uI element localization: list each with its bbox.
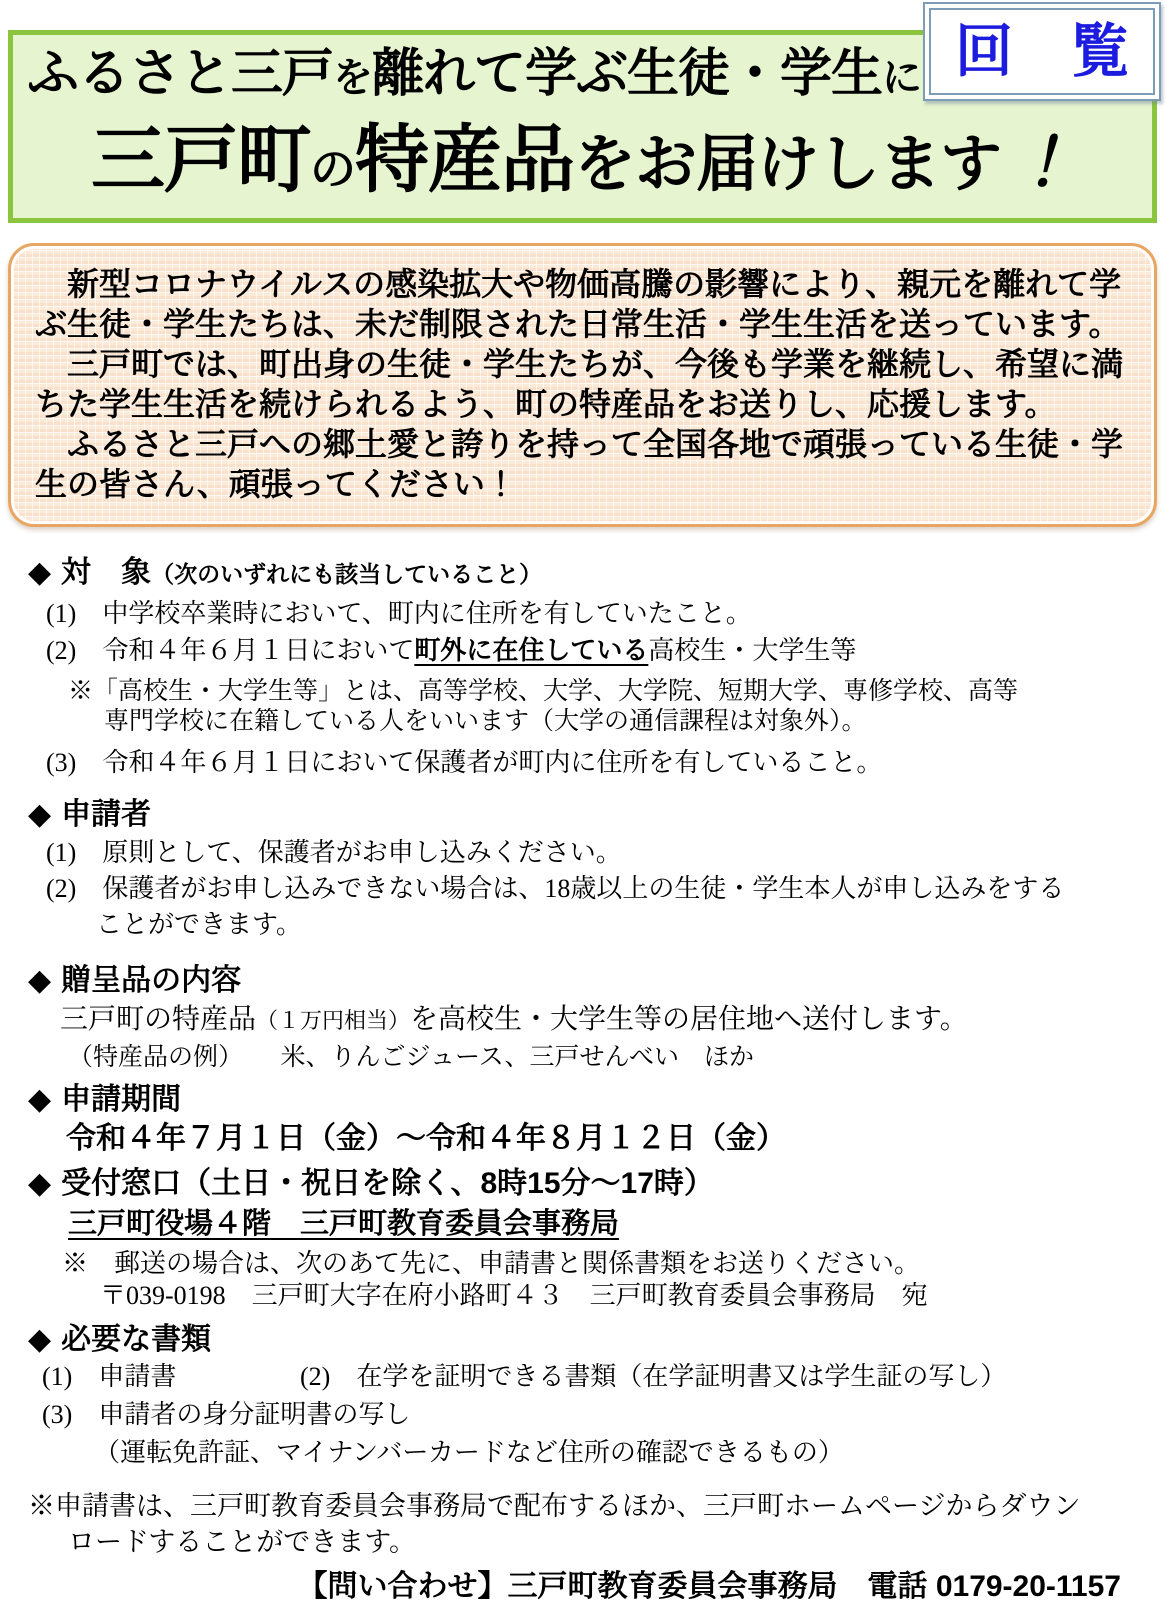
period-dates: 令和４年７月１日（金）～令和４年８月１２日（金） xyxy=(66,1120,1147,1158)
title-line2-products: 特産品 xyxy=(355,118,574,201)
section-target-heading: ◆対 象（次のいずれにも該当していること） xyxy=(28,555,1147,592)
kairan-badge: 回 覧 xyxy=(923,2,1161,101)
section-window: ◆受付窓口（土日・祝日を除く、8時15分～17時） 三戸町役場４階 三戸町教育委… xyxy=(28,1166,1147,1312)
download-note-line2: ロードすることができます。 xyxy=(68,1524,1147,1560)
target-item-1: (1) 中学校卒業時において、町内に住所を有していたこと。 xyxy=(46,596,1147,632)
documents-item-3: (3) 申請者の身分証明書の写し xyxy=(42,1396,1147,1434)
title-exclamation: ！ xyxy=(1009,127,1074,200)
window-mail-note: ※ 郵送の場合は、次のあて先に、申請書と関係書類をお送りください。 xyxy=(62,1248,1147,1280)
diamond-bullet-icon: ◆ xyxy=(28,964,51,997)
target-item-3: (3) 令和４年６月１日において保護者が町内に住所を有していること。 xyxy=(46,745,1147,781)
gift-description: 三戸町の特産品（１万円相当）を高校生・大学生等の居住地へ送付します。 xyxy=(60,1001,1147,1040)
diamond-bullet-icon: ◆ xyxy=(28,798,51,831)
intro-paragraph-2: 三戸町では、町出身の生徒・学生たちが、今後も学業を継続し、希望に満ちた学生生活を… xyxy=(35,344,1130,424)
section-window-title: 受付窓口（土日・祝日を除く、8時15分～17時） xyxy=(61,1167,714,1200)
flyer-page: 回 覧 ふるさと三戸を離れて学ぶ生徒・学生に 三戸町の特産品をお届けします！ 新… xyxy=(0,0,1167,1608)
applicant-item-2-line1: (2) 保護者がお申し込みできない場合は、18歳以上の生徒・学生本人が申し込みを… xyxy=(46,871,1147,907)
gift-example: （特産品の例） 米、りんごジュース、三戸せんべい ほか xyxy=(68,1044,1147,1072)
gift-desc-value: （１万円相当） xyxy=(256,1008,410,1033)
main-content: ◆対 象（次のいずれにも該当していること） (1) 中学校卒業時において、町内に… xyxy=(0,555,1167,1606)
title-line1-part1: ふるさと三戸 xyxy=(27,45,333,103)
section-target-note: （次のいずれにも該当していること） xyxy=(151,561,542,587)
window-mail-address: 〒039-0198 三戸町大字在府小路町４３ 三戸町教育委員会事務局 宛 xyxy=(100,1280,1147,1312)
title-line2-no: の xyxy=(310,143,355,195)
section-target-title: 対 象 xyxy=(61,556,151,589)
section-period-heading: ◆申請期間 xyxy=(28,1082,1147,1118)
section-period: ◆申請期間 令和４年７月１日（金）～令和４年８月１２日（金） xyxy=(28,1082,1147,1158)
gift-desc-post: を高校生・大学生等の居住地へ送付します。 xyxy=(410,1004,968,1035)
intro-box: 新型コロナウイルスの感染拡大や物価高騰の影響により、親元を離れて学ぶ生徒・学生た… xyxy=(8,243,1157,527)
section-gift-heading: ◆贈呈品の内容 xyxy=(28,963,1147,999)
download-note-line1: ※申請書は、三戸町教育委員会事務局で配布するほか、三戸町ホームページからダウン xyxy=(28,1488,1147,1524)
kairan-badge-label: 回 覧 xyxy=(929,8,1155,95)
download-note: ※申請書は、三戸町教育委員会事務局で配布するほか、三戸町ホームページからダウン … xyxy=(28,1488,1147,1560)
section-target: ◆対 象（次のいずれにも該当していること） (1) 中学校卒業時において、町内に… xyxy=(28,555,1147,781)
intro-paragraph-1: 新型コロナウイルスの感染拡大や物価高騰の影響により、親元を離れて学ぶ生徒・学生た… xyxy=(35,264,1130,344)
gift-desc-pre: 三戸町の特産品 xyxy=(60,1004,256,1035)
window-place: 三戸町役場４階 三戸町教育委員会事務局 xyxy=(68,1206,619,1242)
title-line2-town: 三戸町 xyxy=(91,118,310,201)
contact-footer: 【問い合わせ】三戸町教育委員会事務局 電話 0179-20-1157 xyxy=(28,1568,1147,1606)
target-item2-pre: (2) 令和４年６月１日において xyxy=(46,636,414,665)
section-documents: ◆必要な書類 (1) 申請書(2) 在学を証明できる書類（在学証明書又は学生証の… xyxy=(28,1322,1147,1472)
title-line1-part2: 離れて学ぶ生徒・学生 xyxy=(372,45,882,103)
section-applicant-heading: ◆申請者 xyxy=(28,797,1147,833)
title-line1-particle2: に xyxy=(882,56,921,100)
documents-item-1: (1) 申請書 xyxy=(42,1358,300,1396)
section-applicant-title: 申請者 xyxy=(61,798,151,831)
section-documents-heading: ◆必要な書類 xyxy=(28,1322,1147,1358)
title-line1-particle1: を xyxy=(333,56,372,100)
target-footnote-line1: ※「高校生・大学生等」とは、高等学校、大学、大学院、短期大学、専修学校、高等 xyxy=(68,677,1147,707)
diamond-bullet-icon: ◆ xyxy=(28,556,51,589)
documents-item-2: (2) 在学を証明できる書類（在学証明書又は学生証の写し） xyxy=(300,1362,1006,1391)
section-period-title: 申請期間 xyxy=(61,1083,181,1116)
intro-paragraph-3: ふるさと三戸への郷土愛と誇りを持って全国各地で頑張っている生徒・学生の皆さん、頑… xyxy=(35,424,1130,504)
target-item2-post: 高校生・大学生等 xyxy=(648,636,856,665)
section-applicant: ◆申請者 (1) 原則として、保護者がお申し込みください。 (2) 保護者がお申… xyxy=(28,797,1147,943)
title-line-2: 三戸町の特産品をお届けします！ xyxy=(27,109,1138,206)
diamond-bullet-icon: ◆ xyxy=(28,1167,51,1200)
documents-item-3-detail: （運転免許証、マイナンバーカードなど住所の確認できるもの） xyxy=(94,1434,1147,1472)
section-gift-title: 贈呈品の内容 xyxy=(61,964,241,997)
target-item2-underlined: 町外に在住している xyxy=(414,635,648,665)
documents-row-1: (1) 申請書(2) 在学を証明できる書類（在学証明書又は学生証の写し） xyxy=(42,1358,1147,1396)
section-window-heading: ◆受付窓口（土日・祝日を除く、8時15分～17時） xyxy=(28,1166,1147,1202)
diamond-bullet-icon: ◆ xyxy=(28,1083,51,1116)
diamond-bullet-icon: ◆ xyxy=(28,1323,51,1356)
target-item-2: (2) 令和４年６月１日において町外に在住している高校生・大学生等 xyxy=(46,632,1147,669)
section-gift: ◆贈呈品の内容 三戸町の特産品（１万円相当）を高校生・大学生等の居住地へ送付しま… xyxy=(28,963,1147,1072)
section-documents-title: 必要な書類 xyxy=(61,1323,211,1356)
title-line2-deliver: をお届けします xyxy=(574,130,1001,199)
applicant-item-1: (1) 原則として、保護者がお申し込みください。 xyxy=(46,835,1147,871)
target-footnote-line2: 専門学校に在籍している人をいいます（大学の通信課程は対象外）。 xyxy=(104,707,1147,737)
applicant-item-2-line2: ことができます。 xyxy=(96,907,1147,943)
